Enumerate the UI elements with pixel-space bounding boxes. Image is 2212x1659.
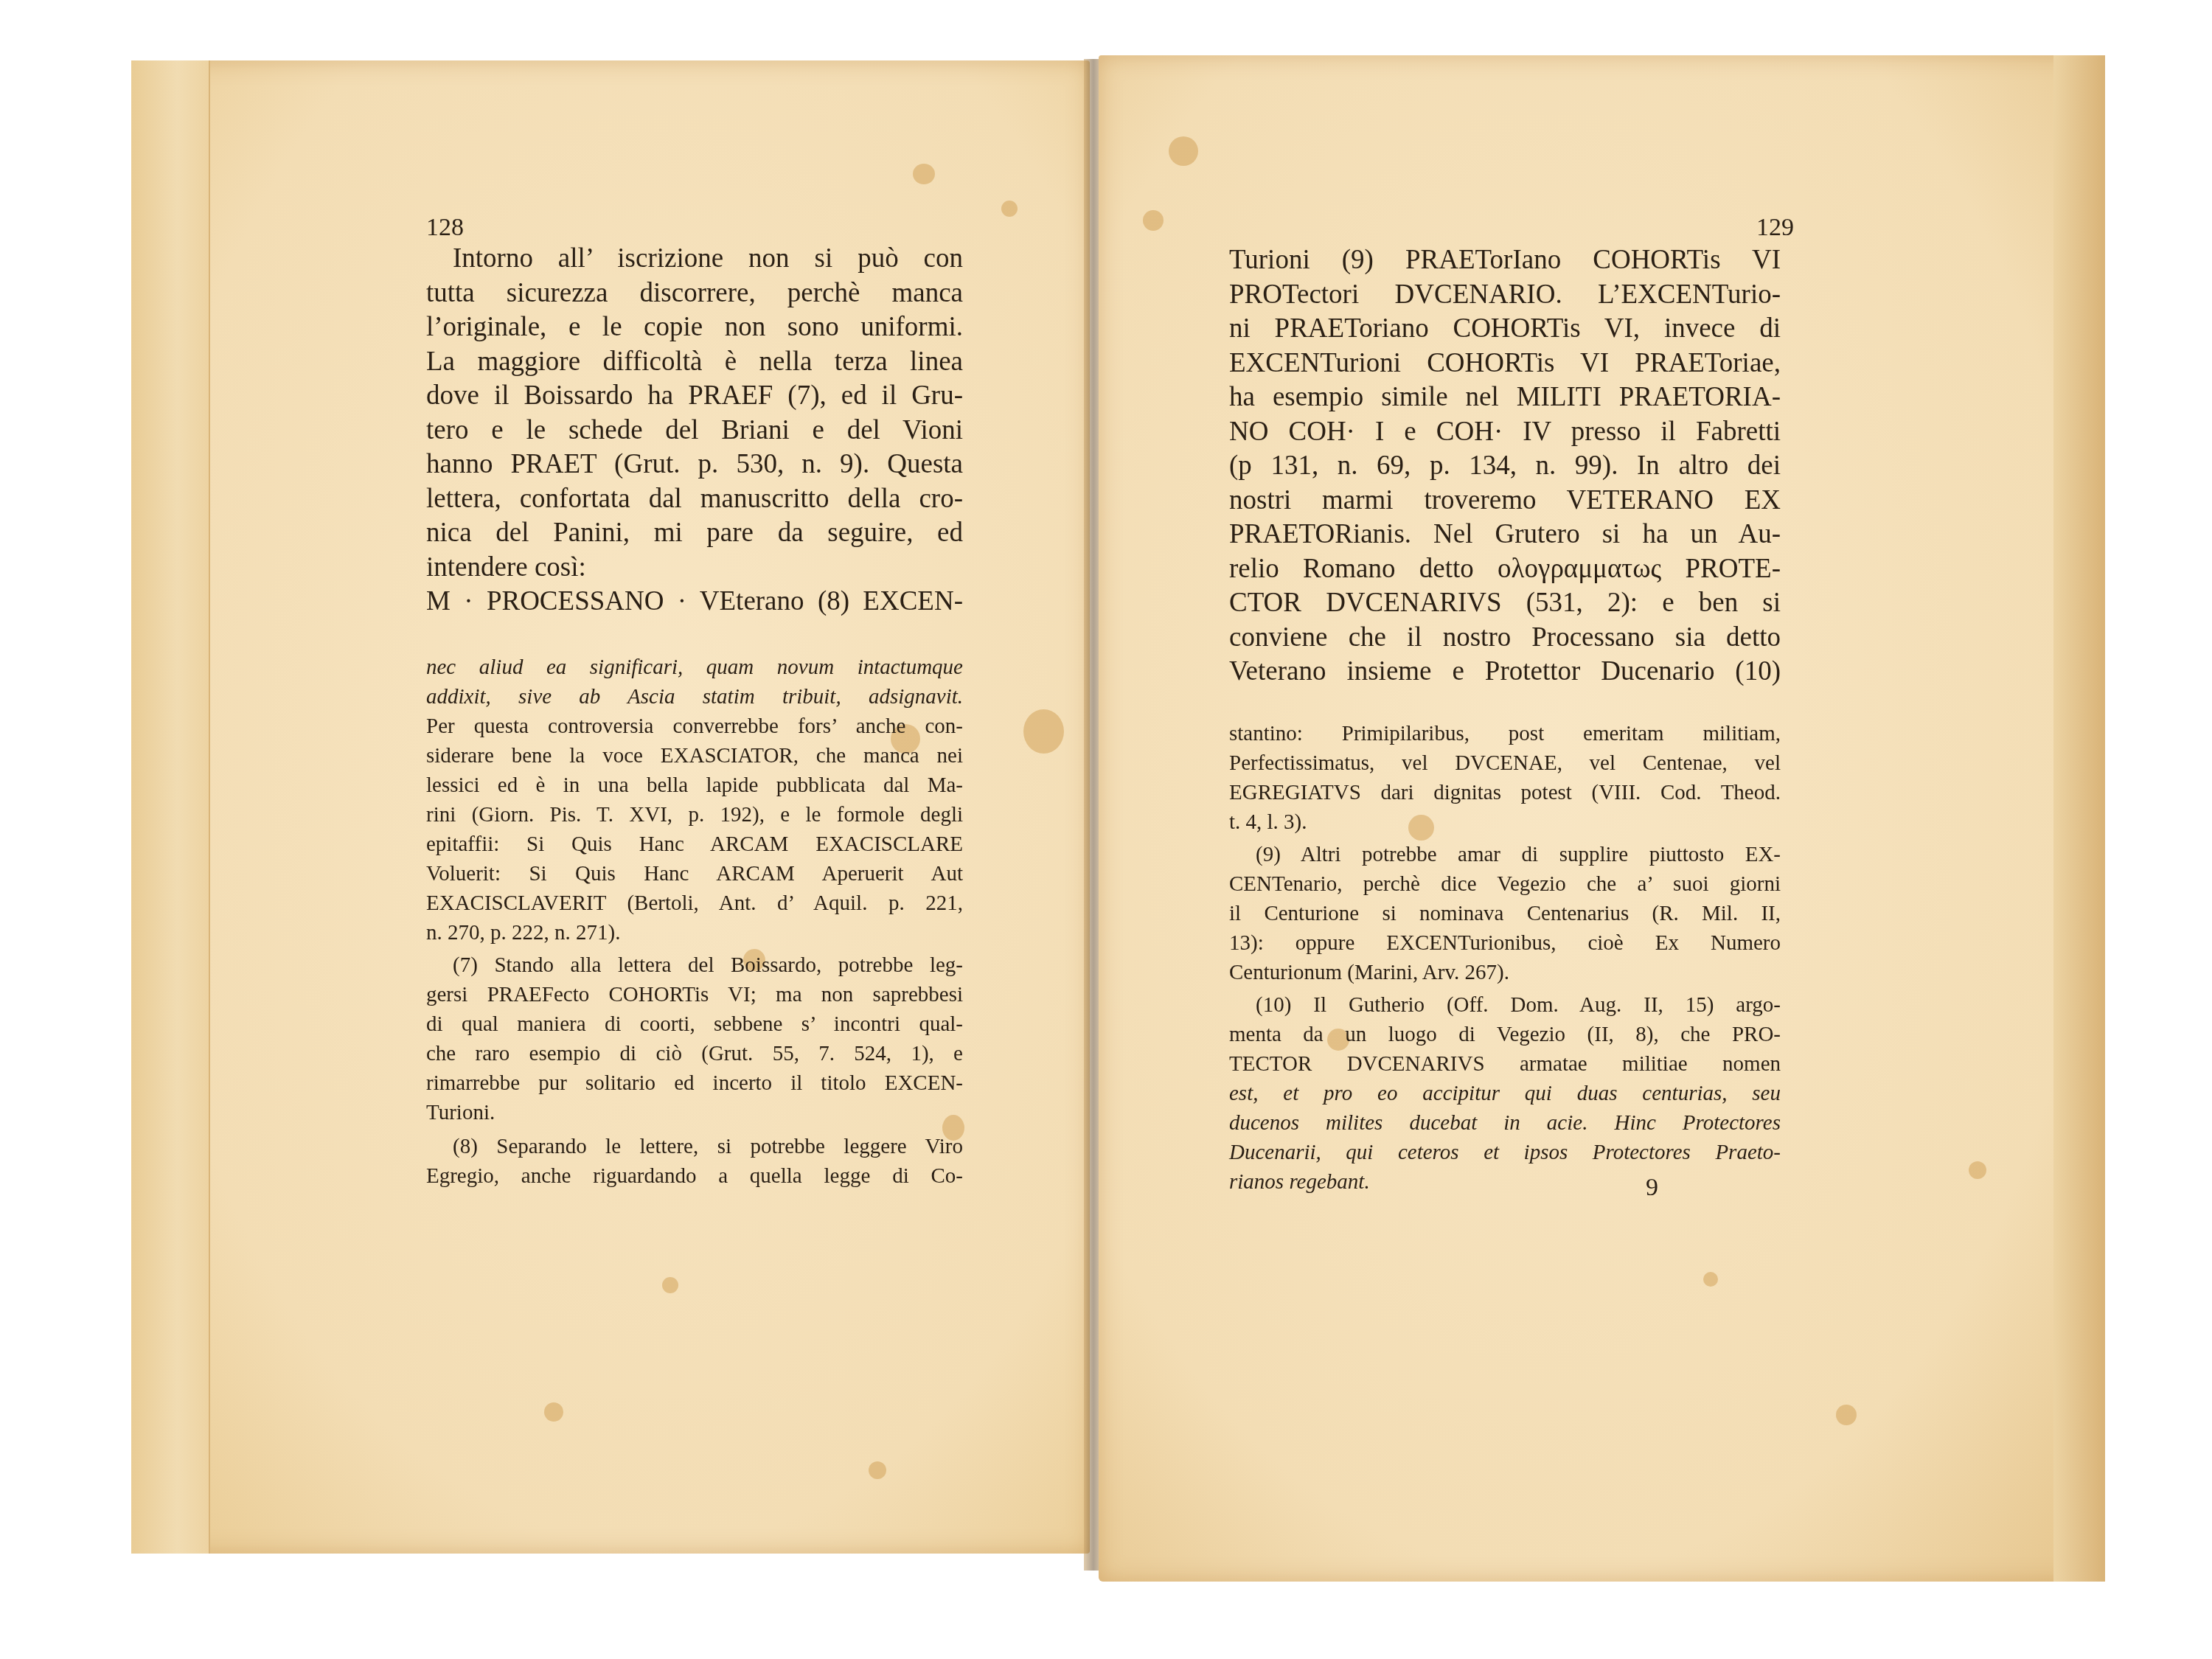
- left-footnotes: nec aliud ea significari, quam novum int…: [426, 653, 963, 1191]
- footnote-line: CENTenario, perchè dice Vegezio che a’ s…: [1229, 869, 1781, 899]
- foxing-spot: [869, 1461, 886, 1479]
- footnote-line: t. 4, l. 3).: [1229, 807, 1781, 837]
- text-line: conviene che il nostro Processano sia de…: [1229, 621, 1781, 655]
- text-line: La maggiore difficoltà è nella terza lin…: [426, 345, 963, 380]
- footnote-line: n. 270, p. 222, n. 271).: [426, 918, 963, 947]
- foxing-spot: [1836, 1405, 1857, 1425]
- page-number-left: 128: [426, 214, 464, 242]
- text-line: CTOR DVCENARIVS (531, 2): e ben si: [1229, 586, 1781, 621]
- text-line: Turioni (9) PRAETorIano COHORTis VI: [1229, 243, 1781, 278]
- footnote-line: gersi PRAEFecto COHORTis VI; ma non sapr…: [426, 980, 963, 1009]
- text-line: EXCENTurioni COHORTis VI PRAEToriae,: [1229, 347, 1781, 381]
- right-footnotes: stantino: Primipilaribus, post emeritam …: [1229, 719, 1781, 1197]
- text-line: (p 131, n. 69, p. 134, n. 99). In altro …: [1229, 449, 1781, 484]
- text-line: nica del Panini, mi pare da seguire, ed: [426, 516, 963, 551]
- left-body-text: Intorno all’ iscrizione non si può con t…: [426, 242, 963, 619]
- footnote-line: nec aliud ea significari, quam novum int…: [426, 653, 963, 682]
- footnote-line: Egregio, anche riguardando a quella legg…: [426, 1161, 963, 1191]
- text-line: hanno PRAET (Grut. p. 530, n. 9). Questa: [426, 448, 963, 482]
- footnote-line: il Centurione si nominava Centenarius (R…: [1229, 899, 1781, 928]
- text-line: tero e le schede del Briani e del Vioni: [426, 414, 963, 448]
- text-line: l’originale, e le copie non sono uniform…: [426, 310, 963, 345]
- text-line: Veterano insieme e Protettor Ducenario (…: [1229, 655, 1781, 689]
- text-line: relio Romano detto ολογραμματως PROTE-: [1229, 552, 1781, 587]
- footnote-line: 13): oppure EXCENTurionibus, cioè Ex Num…: [1229, 928, 1781, 958]
- text-line: intendere così:: [426, 551, 963, 585]
- footnote-line: menta da un luogo di Vegezio (II, 8), ch…: [1229, 1020, 1781, 1049]
- footnote-8-line: (8) Separando le lettere, si potrebbe le…: [426, 1132, 963, 1161]
- footnote-line: Ducenarii, qui ceteros et ipsos Protecto…: [1229, 1138, 1781, 1167]
- footnote-line: rini (Giorn. Pis. T. XVI, p. 192), e le …: [426, 800, 963, 829]
- footnote-10-line: (10) Il Gutherio (Off. Dom. Aug. II, 15)…: [1229, 990, 1781, 1020]
- foxing-spot: [662, 1277, 678, 1293]
- footnote-line: lessici ed è in una bella lapide pubblic…: [426, 771, 963, 800]
- footnote-line: Voluerit: Si Quis Hanc ARCAM Aperuerit A…: [426, 859, 963, 888]
- footnote-7-line: (7) Stando alla lettera del Boissardo, p…: [426, 950, 963, 980]
- footnote-line: Perfectissimatus, vel DVCENAE, vel Cente…: [1229, 748, 1781, 778]
- text-line: PRAETORianis. Nel Grutero si ha un Au-: [1229, 518, 1781, 552]
- foxing-spot: [1969, 1161, 1986, 1179]
- foxing-spot: [1703, 1272, 1718, 1287]
- foxing-spot: [1023, 709, 1064, 754]
- text-line: ha esempio simile nel MILITI PRAETORIA-: [1229, 380, 1781, 415]
- text-line: tutta sicurezza discorrere, perchè manca: [426, 276, 963, 311]
- left-page-deckle-edge: [131, 60, 210, 1554]
- footnote-line: est, et pro eo accipitur qui duas centur…: [1229, 1079, 1781, 1108]
- text-line: ni PRAEToriano COHORTis VI, invece di: [1229, 312, 1781, 347]
- text-line: PROTectori DVCENARIO. L’EXCENTurio-: [1229, 278, 1781, 313]
- footnote-line: di qual maniera di coorti, sebbene s’ in…: [426, 1009, 963, 1039]
- footnote-line: rimarrebbe pur solitario ed incerto il t…: [426, 1068, 963, 1098]
- footnote-line: siderare bene la voce EXASCIATOR, che ma…: [426, 741, 963, 771]
- footnote-9-line: (9) Altri potrebbe amar di supplire piut…: [1229, 840, 1781, 869]
- foxing-spot: [544, 1402, 563, 1422]
- foxing-spot: [1001, 201, 1018, 217]
- footnote-line: epitaffii: Si Quis Hanc ARCAM EXACISCLAR…: [426, 829, 963, 859]
- footnote-line: rianos regebant.: [1229, 1167, 1781, 1197]
- footnote-line: ducenos milites ducebat in acie. Hinc Pr…: [1229, 1108, 1781, 1138]
- foxing-spot: [1143, 210, 1164, 231]
- footnote-line: addixit, sive ab Ascia statim tribuit, a…: [426, 682, 963, 712]
- foxing-spot: [1169, 136, 1198, 166]
- footnote-line: EXACISCLAVERIT (Bertoli, Ant. d’ Aquil. …: [426, 888, 963, 918]
- text-line: NO COH· I e COH· IV presso il Fabretti: [1229, 415, 1781, 450]
- foxing-spot: [913, 164, 935, 184]
- footnote-line: Turioni.: [426, 1098, 963, 1127]
- page-number-right: 129: [1756, 214, 1794, 242]
- inscription-line: M · PROCESSANO · VEterano (8) EXCEN-: [426, 585, 963, 619]
- text-line: dove il Boissardo ha PRAEF (7), ed il Gr…: [426, 379, 963, 414]
- right-body-text: Turioni (9) PRAETorIano COHORTis VI PROT…: [1229, 243, 1781, 689]
- footnote-line: EGREGIATVS dari dignitas potest (VIII. C…: [1229, 778, 1781, 807]
- right-page-deckle-edge: [2053, 55, 2105, 1582]
- footnote-line: TECTOR DVCENARIVS armatae militiae nomen: [1229, 1049, 1781, 1079]
- footnote-line: Centurionum (Marini, Arv. 267).: [1229, 958, 1781, 987]
- footnote-line: che raro esempio di ciò (Grut. 55, 7. 52…: [426, 1039, 963, 1068]
- footnote-line: stantino: Primipilaribus, post emeritam …: [1229, 719, 1781, 748]
- text-line: nostri marmi troveremo VETERANO EX: [1229, 484, 1781, 518]
- footnote-line: Per questa controversia converrebbe fors…: [426, 712, 963, 741]
- text-line: Intorno all’ iscrizione non si può con: [426, 242, 963, 276]
- text-line: lettera, confortata dal manuscritto dell…: [426, 482, 963, 517]
- signature-mark: 9: [1646, 1174, 1658, 1202]
